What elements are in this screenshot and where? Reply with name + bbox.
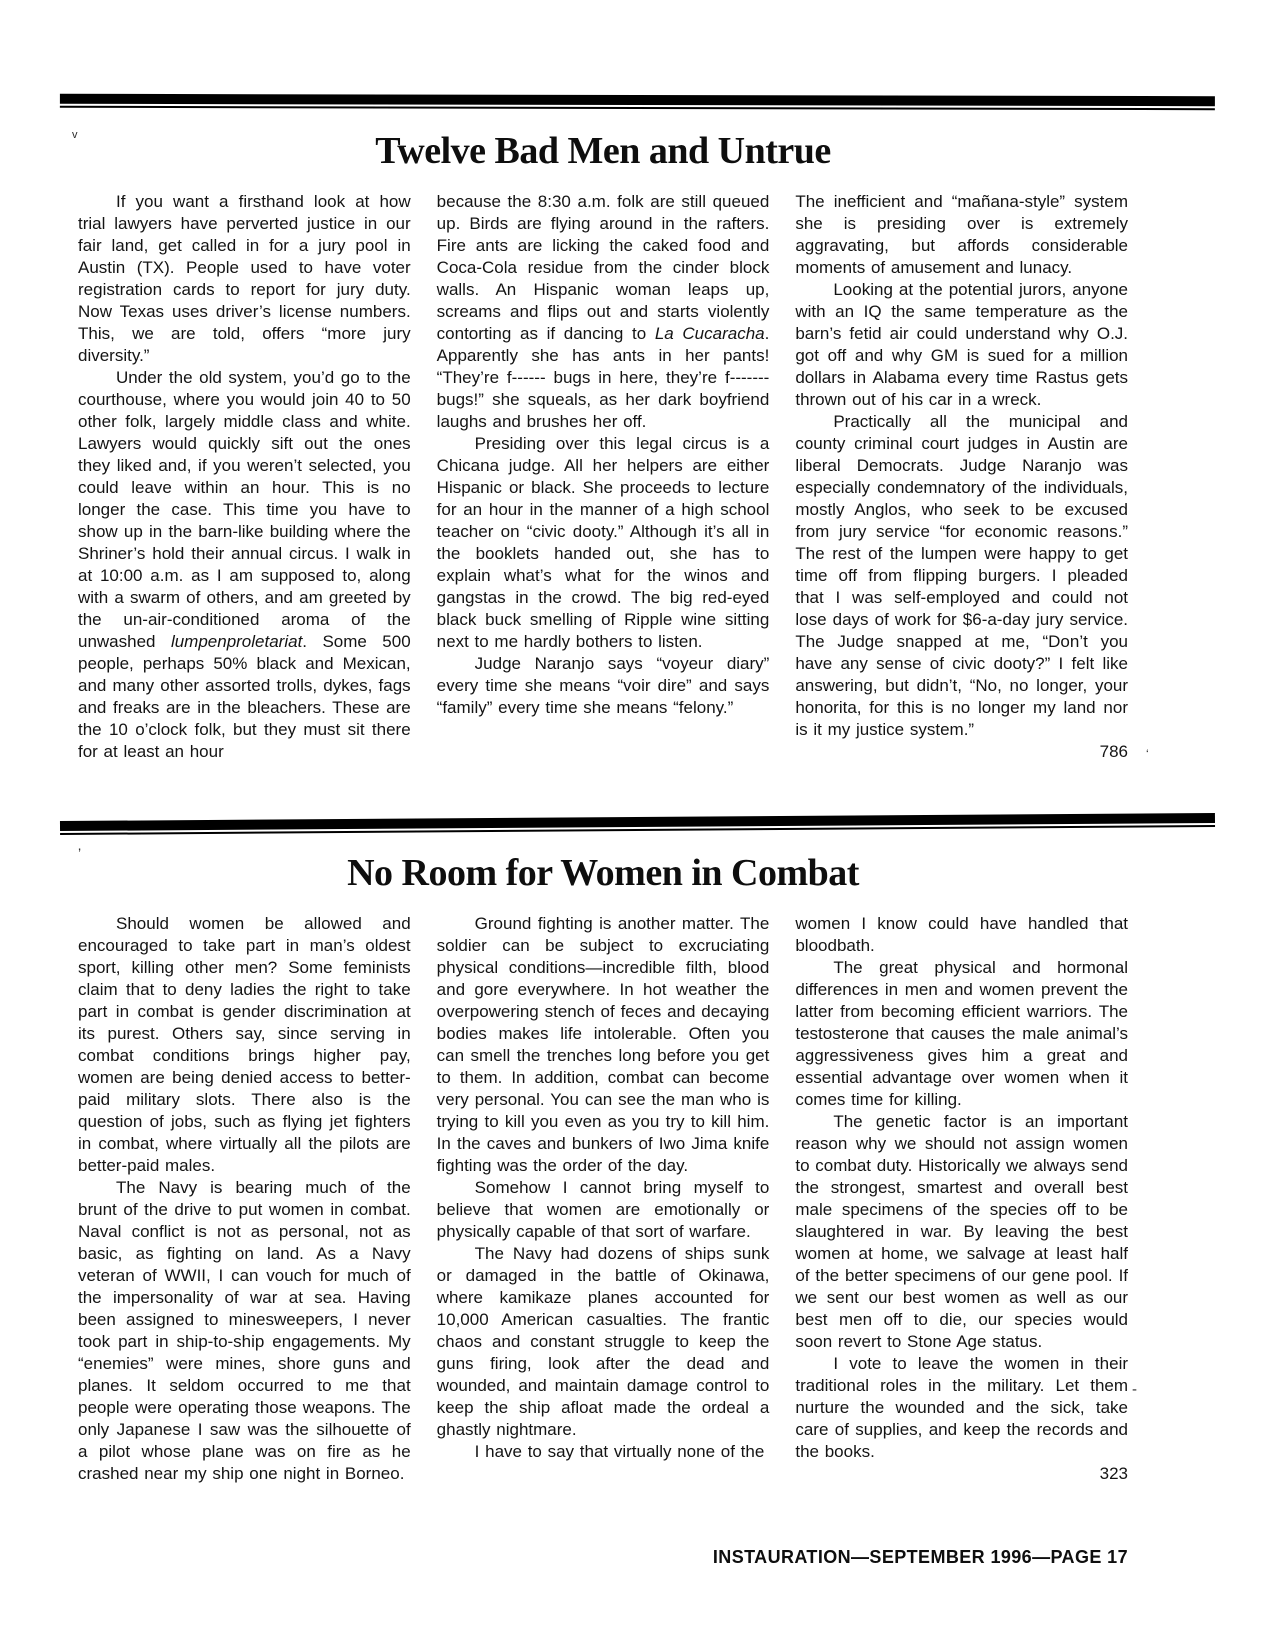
magazine-page: Twelve Bad Men and Untrue If you want a … — [0, 0, 1275, 1650]
scan-artifact: ‘ — [1146, 748, 1149, 760]
text-column: If you want a firsthand look at how tria… — [78, 191, 411, 763]
paragraph: Presiding over this legal circus is a Ch… — [437, 433, 770, 653]
text-column: women I know could have handled that blo… — [795, 913, 1128, 1485]
article-body: Should women be allowed and encouraged t… — [78, 913, 1128, 1485]
paragraph: Somehow I cannot bring myself to believe… — [437, 1177, 770, 1243]
paragraph: women I know could have handled that blo… — [795, 913, 1128, 957]
paragraph: I have to say that virtually none of the — [437, 1441, 770, 1463]
paragraph: The inefficient and “mañana-style” syste… — [795, 191, 1128, 279]
text-column: Ground fighting is another matter. The s… — [437, 913, 770, 1485]
text-column: Should women be allowed and encouraged t… — [78, 913, 411, 1485]
top-divider-rule — [60, 0, 1215, 110]
article-title: No Room for Women in Combat — [78, 851, 1128, 895]
scan-artifact: ’ — [78, 846, 81, 860]
paragraph: Under the old system, you’d go to the co… — [78, 367, 411, 763]
paragraph: The genetic factor is an important reaso… — [795, 1111, 1128, 1353]
paragraph: Ground fighting is another matter. The s… — [437, 913, 770, 1177]
paragraph: The Navy had dozens of ships sunk or dam… — [437, 1243, 770, 1441]
rule-thick-bar — [60, 94, 1215, 106]
paragraph: Should women be allowed and encouraged t… — [78, 913, 411, 1177]
paragraph: I vote to leave the women in their tradi… — [795, 1353, 1128, 1463]
text-column: because the 8:30 a.m. folk are still que… — [437, 191, 770, 763]
article-no-room-for-women: No Room for Women in Combat Should women… — [0, 851, 1275, 1485]
article-title: Twelve Bad Men and Untrue — [78, 129, 1128, 173]
paragraph: because the 8:30 a.m. folk are still que… — [437, 191, 770, 433]
rule-thin-bar — [60, 106, 1215, 110]
author-number: 786 — [795, 741, 1128, 763]
article-twelve-bad-men: Twelve Bad Men and Untrue If you want a … — [0, 129, 1275, 763]
page-footer: INSTAURATION—SEPTEMBER 1996—PAGE 17 — [78, 1547, 1128, 1568]
article-body: If you want a firsthand look at how tria… — [78, 191, 1128, 763]
scan-artifact: v — [72, 130, 78, 141]
paragraph: Practically all the municipal and county… — [795, 411, 1128, 741]
text-column: The inefficient and “mañana-style” syste… — [795, 191, 1128, 763]
author-number: 323 — [795, 1463, 1128, 1485]
paragraph: Judge Naranjo says “voyeur diary” every … — [437, 653, 770, 719]
mid-divider-rule — [60, 813, 1215, 835]
paragraph: The Navy is bearing much of the brunt of… — [78, 1177, 411, 1485]
scan-artifact: - — [1132, 1382, 1137, 1397]
paragraph: If you want a firsthand look at how tria… — [78, 191, 411, 367]
paragraph: Looking at the potential jurors, anyone … — [795, 279, 1128, 411]
paragraph: The great physical and hormonal differen… — [795, 957, 1128, 1111]
